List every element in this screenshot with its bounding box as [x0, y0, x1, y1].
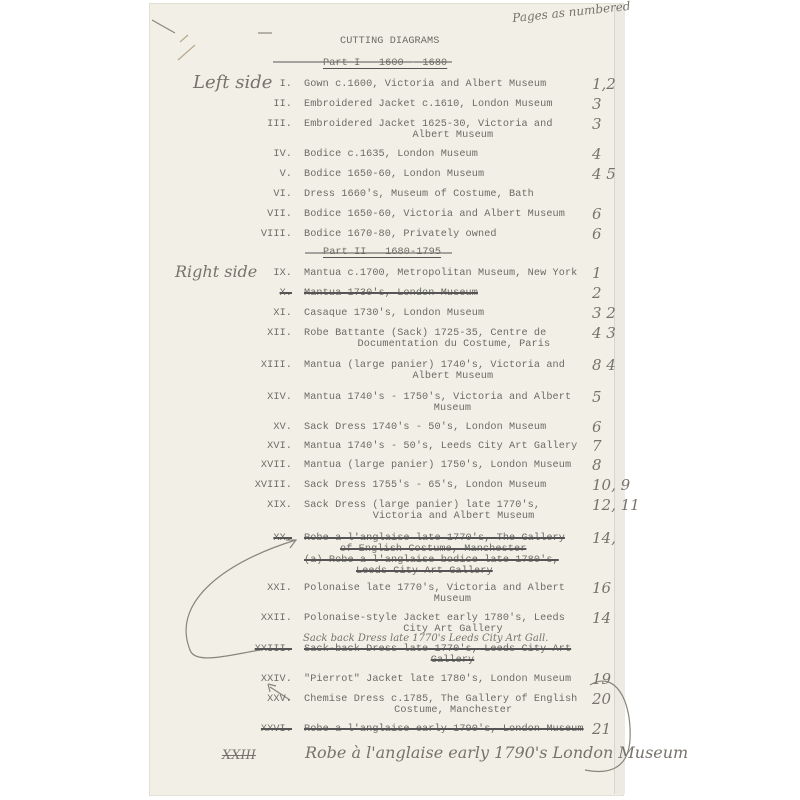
item-text: Gallery [431, 655, 475, 666]
item-text: Mantua (large panier) 1750's, London Mus… [304, 460, 571, 471]
item-text: Costume, Manchester [394, 705, 512, 716]
bottom-note: Robe à l'anglaise early 1790's London Mu… [305, 743, 688, 762]
item-numeral: XXII. [232, 613, 292, 624]
item-text: Polonaise-style Jacket early 1780's, Lee… [304, 613, 565, 624]
item-text: Gown c.1600, Victoria and Albert Museum [304, 79, 546, 90]
item-numeral: XX. [232, 533, 292, 544]
page-number: 3 [592, 95, 602, 113]
item-numeral: XII. [232, 328, 292, 339]
item-text: (a) Robe a l'anglaise bodice late 1780's… [304, 555, 559, 566]
item-numeral: XVII. [232, 460, 292, 471]
item-numeral: XXI. [232, 583, 292, 594]
page-number: 21 [592, 720, 611, 738]
item-text: Museum [434, 403, 471, 414]
item-text: Mantua c.1700, Metropolitan Museum, New … [304, 268, 577, 279]
item-text: Sack Dress 1740's - 50's, London Museum [304, 422, 546, 433]
page-number: 12, 11 [592, 496, 640, 514]
page-edge [614, 6, 625, 794]
item-text: Robe a l'anglaise late 1770's, The Galle… [304, 533, 565, 544]
item-text: Victoria and Albert Museum [373, 511, 535, 522]
item-text: Sack Dress (large panier) late 1770's, [304, 500, 540, 511]
item-text: Robe a l'anglaise early 1790's, London M… [304, 724, 584, 735]
item-numeral: I. [232, 79, 292, 90]
item-text: Mantua 1740's - 1750's, Victoria and Alb… [304, 392, 571, 403]
item-text: Embroidered Jacket 1625-30, Victoria and [304, 119, 553, 130]
page-number: 1,2 [592, 75, 616, 93]
item-numeral: XXV. [232, 694, 292, 705]
item-numeral: XVI. [232, 441, 292, 452]
page-number: 5 [592, 388, 602, 406]
item-text: Sack Dress 1755's - 65's, London Museum [304, 480, 546, 491]
item-text: Bodice 1650-60, London Museum [304, 169, 484, 180]
page-number: 4 5 [592, 165, 616, 183]
page-number: 4 [592, 145, 602, 163]
page-number: 1 [592, 264, 602, 282]
bottom-note-numeral: XXIII [222, 748, 256, 763]
item-numeral: III. [232, 119, 292, 130]
page-number: 2 [592, 284, 602, 302]
item-numeral: XVIII. [232, 480, 292, 491]
page-number: 8 4 [592, 356, 616, 374]
handwritten-correction: Sack back Dress late 1770's Leeds City A… [303, 633, 548, 644]
item-text: Bodice c.1635, London Museum [304, 149, 478, 160]
item-text: Mantua 1730's, London Museum [304, 288, 478, 299]
item-numeral: XIII. [232, 360, 292, 371]
item-numeral: XXIII. [232, 644, 292, 655]
item-text: Mantua (large panier) 1740's, Victoria a… [304, 360, 565, 371]
item-numeral: XV. [232, 422, 292, 433]
item-text: "Pierrot" Jacket late 1780's, London Mus… [304, 674, 571, 685]
document-title: CUTTING DIAGRAMS [340, 36, 439, 47]
item-text: Robe Battante (Sack) 1725-35, Centre de [304, 328, 546, 339]
item-text: Albert Museum [412, 371, 493, 382]
item-numeral: X. [232, 288, 292, 299]
item-numeral: IX. [232, 268, 292, 279]
item-text: Chemise Dress c.1785, The Gallery of Eng… [304, 694, 577, 705]
page-number: 14 [592, 609, 611, 627]
item-numeral: XIV. [232, 392, 292, 403]
item-text: Albert Museum [412, 130, 493, 141]
page-number: 7 [592, 437, 602, 455]
page-number: 19 [592, 670, 611, 688]
item-text: Bodice 1650-60, Victoria and Albert Muse… [304, 209, 565, 220]
item-text: Documentation du Costume, Paris [358, 339, 551, 350]
item-numeral: VIII. [232, 229, 292, 240]
item-numeral: II. [232, 99, 292, 110]
page-number: 6 [592, 205, 602, 223]
page-number: 16 [592, 579, 611, 597]
part-1-heading: Part I 1600 - 1680 [323, 58, 447, 69]
item-numeral: XXIV. [232, 674, 292, 685]
page-number: 3 2 [592, 304, 616, 322]
item-text: of English Costume, Manchester [340, 544, 526, 555]
item-numeral: XIX. [232, 500, 292, 511]
item-text: Polonaise late 1770's, Victoria and Albe… [304, 583, 565, 594]
item-text: Museum [434, 594, 471, 605]
item-text: Embroidered Jacket c.1610, London Museum [304, 99, 553, 110]
item-text: Leeds City Art Gallery [356, 566, 493, 577]
page-number: 4 3 [592, 324, 616, 342]
item-numeral: IV. [232, 149, 292, 160]
page-number: 6 [592, 418, 602, 436]
item-numeral: XXVI. [232, 724, 292, 735]
item-numeral: V. [232, 169, 292, 180]
page-number: 6 [592, 225, 602, 243]
page-number: 10, 9 [592, 476, 630, 494]
item-text: Mantua 1740's - 50's, Leeds City Art Gal… [304, 441, 577, 452]
page-number: 8 [592, 456, 602, 474]
item-text: Casaque 1730's, London Museum [304, 308, 484, 319]
item-numeral: VII. [232, 209, 292, 220]
page-number: 20 [592, 690, 611, 708]
item-numeral: VI. [232, 189, 292, 200]
item-text: Bodice 1670-80, Privately owned [304, 229, 497, 240]
item-text: Sack-back Dress late 1770's, Leeds City … [304, 644, 571, 655]
item-text: Dress 1660's, Museum of Costume, Bath [304, 189, 534, 200]
item-numeral: XI. [232, 308, 292, 319]
page-number: 3 [592, 115, 602, 133]
part-2-heading: Part II 1680-1795 [323, 247, 441, 258]
page-number: 14, [592, 529, 616, 547]
